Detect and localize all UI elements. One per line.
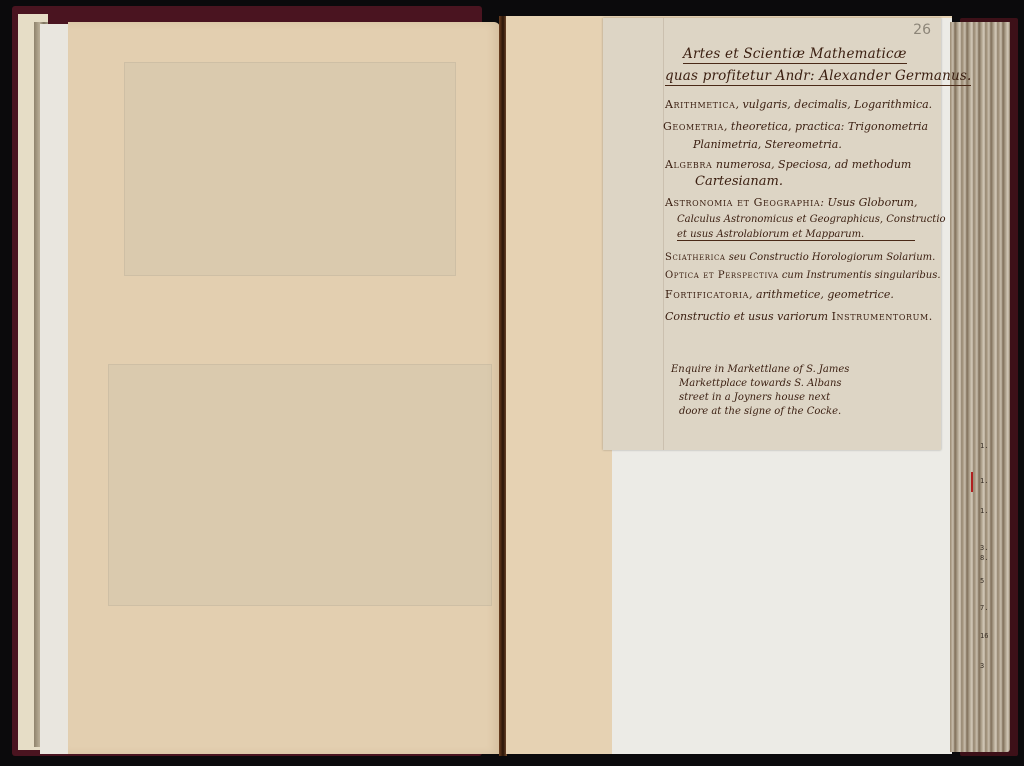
fore-edge-mark: 8. [980,554,988,562]
title-line-1: Artes et Scientiæ Mathematicæ [683,46,907,64]
fore-edge-mark: 7. [980,604,988,612]
subject-algebra: Algebra numerosa, Speciosa, ad methodum [665,158,911,171]
subject-algebra-cont: Cartesianam. [695,174,783,189]
fore-edge-mark: 16 [980,632,988,640]
address-line-1: Enquire in Markettlane of S. James [671,364,849,375]
red-pencil-mark [971,472,973,492]
address-line-3: street in a Joyners house next [679,392,830,403]
fore-edge-leaves: 1. 1. 1. 3. 8. 5 7. 16 3 [950,22,1010,752]
fore-edge-mark: 1. [980,442,988,450]
subject-astronomia: Astronomia et Geographia: Usus Globorum, [665,196,918,209]
subject-astronomia-cont-2: et usus Astrolabiorum et Mapparum. [677,229,915,241]
fore-edge-mark: 3. [980,544,988,552]
fore-edge-mark: 1. [980,507,988,515]
subject-geometria: Geometria, theoretica, practica: Trigono… [663,120,928,133]
folio-number: 26 [913,22,931,38]
subject-astronomia-cont-1: Calculus Astronomicus et Geographicus, C… [677,214,946,225]
subject-geometria-cont: Planimetria, Stereometria. [693,138,842,151]
offset-ghost-plate-bottom [108,364,492,606]
offset-ghost-plate-top [124,62,456,276]
subject-arithmetica: Arithmetica, vulgaris, decimalis, Logari… [665,98,932,111]
fore-edge-mark: 1. [980,477,988,485]
manuscript-sheet: 26 Artes et Scientiæ Mathematicæ quas pr… [603,18,941,450]
ruling-line [663,18,664,450]
subject-instrumenta: Constructio et usus variorum Instrumento… [665,310,933,323]
subject-fortificatoria: Fortificatoria, arithmetice, geometrice. [665,288,894,301]
address-line-2: Markettplace towards S. Albans [679,378,842,389]
subject-optica: Optica et Perspectiva cum Instrumentis s… [665,270,941,281]
address-line-4: doore at the signe of the Cocke. [679,406,841,417]
fore-edge-mark: 3 [980,662,984,670]
subject-sciatherica: Sciatherica seu Constructio Horologiorum… [665,252,935,263]
fore-edge-mark: 5 [980,577,984,585]
title-line-2: quas profitetur Andr: Alexander Germanus… [665,68,971,86]
